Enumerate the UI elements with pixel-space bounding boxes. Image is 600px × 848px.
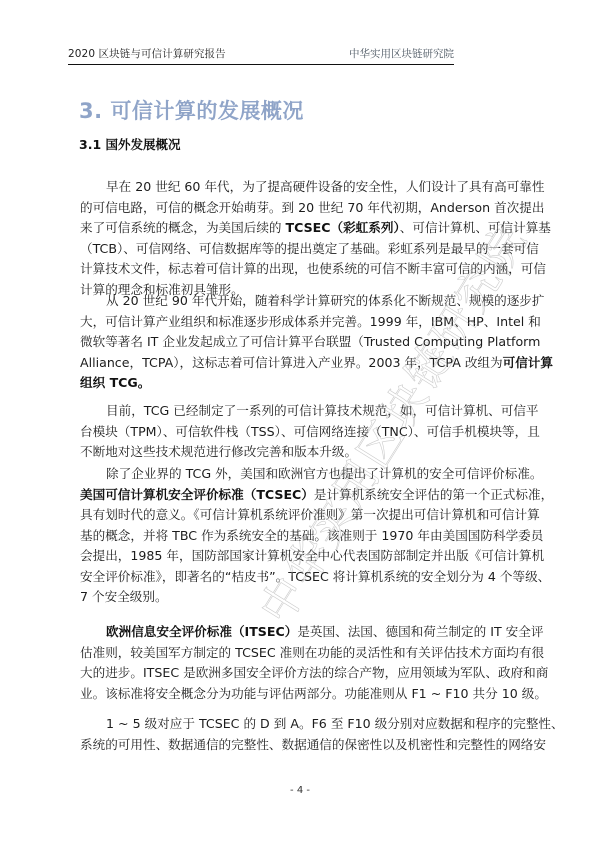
page-header: 2020 区块链与可信计算研究报告 中华实用区块链研究院: [68, 45, 454, 65]
text-line: 估准则，较美国军方制定的 TCSEC 准则在功能的灵活性和有关评估技术方面均有很: [80, 643, 542, 664]
institution-name: 中华实用区块链研究院: [349, 46, 454, 61]
text-line: 计算技术文件，标志着可信计算的出现，也使系统的可信不断丰富可信的内涵，可信: [80, 259, 542, 280]
text-line: 大的进步。ITSEC 是欧洲多国安全评价方法的综合产物，应用领域为军队、政府和商: [80, 663, 542, 684]
paragraph-industry-formation: 从 20 世纪 90 年代开始，随着科学计算研究的体系化不断规范、规模的逐步扩大…: [80, 291, 542, 394]
text-line: 早在 20 世纪 60 年代，为了提高硬件设备的安全性，人们设计了具有高可靠性: [80, 177, 542, 198]
bold-term: 欧洲信息安全评价标准（ITSEC）: [106, 624, 297, 639]
bold-term: TCSEC（彩虹系列）: [286, 220, 400, 235]
text-line: 安全评价标准》，即著名的“桔皮书”。TCSEC 将计算机系统的安全划分为 4 个…: [80, 567, 542, 588]
subsection-title: 3.1 国外发展概况: [79, 135, 181, 153]
text-line: 来了可信系统的概念，为美国后续的 TCSEC（彩虹系列）、可信计算机、可信计算基: [80, 218, 542, 239]
paragraph-early-history: 早在 20 世纪 60 年代，为了提高硬件设备的安全性，人们设计了具有高可靠性的…: [80, 177, 542, 300]
bold-term: 可信计算: [503, 355, 553, 370]
text-line: 业。该标准将安全概念分为功能与评估两部分。功能准则从 F1 ~ F10 共分 1…: [80, 684, 542, 705]
text-line: 微软等著名 IT 企业发起成立了可信计算平台联盟（Trusted Computi…: [80, 332, 542, 353]
text-line: （TCB）、可信网络、可信数据库等的提出奠定了基础。彩虹系列是最早的一套可信: [80, 239, 542, 260]
paragraph-itsec: 欧洲信息安全评价标准（ITSEC）是英国、法国、德国和荷兰制定的 IT 安全评估…: [80, 622, 542, 704]
paragraph-tcg-specs: 目前，TCG 已经制定了一系列的可信计算技术规范，如，可信计算机、可信平台模块（…: [80, 401, 542, 463]
section-title: 3. 可信计算的发展概况: [79, 95, 304, 125]
bold-term: 美国可信计算机安全评价标准（TCSEC）: [80, 487, 314, 502]
paragraph-itsec-levels: 1 ~ 5 级对应于 TCSEC 的 D 到 A。F6 至 F10 级分别对应数…: [80, 714, 542, 755]
document-page: 2020 区块链与可信计算研究报告 中华实用区块链研究院 3. 可信计算的发展概…: [0, 0, 600, 848]
bold-term: 组织 TCG。: [80, 375, 150, 390]
text-line: 从 20 世纪 90 年代开始，随着科学计算研究的体系化不断规范、规模的逐步扩: [80, 291, 542, 312]
text-line: 不断地对这些技术规范进行修改完善和版本升级。: [80, 442, 542, 463]
text-line: 欧洲信息安全评价标准（ITSEC）是英国、法国、德国和荷兰制定的 IT 安全评: [80, 622, 542, 643]
text-line: 7 个安全级别。: [80, 587, 542, 608]
text-line: 台模块（TPM）、可信软件栈（TSS）、可信网络连接（TNC）、可信手机模块等，…: [80, 422, 542, 443]
text-line: 美国可信计算机安全评价标准（TCSEC）是计算机系统安全评估的第一个正式标准，: [80, 485, 542, 506]
text-line: 组织 TCG。: [80, 373, 542, 394]
report-title: 2020 区块链与可信计算研究报告: [68, 46, 226, 61]
text-line: 1 ~ 5 级对应于 TCSEC 的 D 到 A。F6 至 F10 级分别对应数…: [80, 714, 542, 735]
text-line: 大，可信计算产业组织和标准逐步形成体系并完善。1999 年，IBM、HP、Int…: [80, 312, 542, 333]
text-line: 具有划时代的意义。《可信计算机系统评价准则》第一次提出可信计算机和可信计算: [80, 505, 542, 526]
text-line: 的可信电路，可信的概念开始萌芽。到 20 世纪 70 年代初期，Anderson…: [80, 198, 542, 219]
text-line: 系统的可用性、数据通信的完整性、数据通信的保密性以及机密性和完整性的网络安: [80, 735, 542, 756]
text-line: 目前，TCG 已经制定了一系列的可信计算技术规范，如，可信计算机、可信平: [80, 401, 542, 422]
page-number: - 4 -: [0, 785, 600, 796]
text-line: 除了企业界的 TCG 外，美国和欧洲官方也提出了计算机的安全可信评价标准。: [80, 464, 542, 485]
paragraph-tcsec: 除了企业界的 TCG 外，美国和欧洲官方也提出了计算机的安全可信评价标准。美国可…: [80, 464, 542, 608]
text-line: Alliance，TCPA），这标志着可信计算进入产业界。2003 年，TCPA…: [80, 353, 542, 374]
text-line: 基的概念，并将 TBC 作为系统安全的基础。该准则于 1970 年由美国国防科学…: [80, 526, 542, 547]
text-line: 会提出，1985 年，国防部国家计算机安全中心代表国防部制定并出版《可信计算机: [80, 546, 542, 567]
